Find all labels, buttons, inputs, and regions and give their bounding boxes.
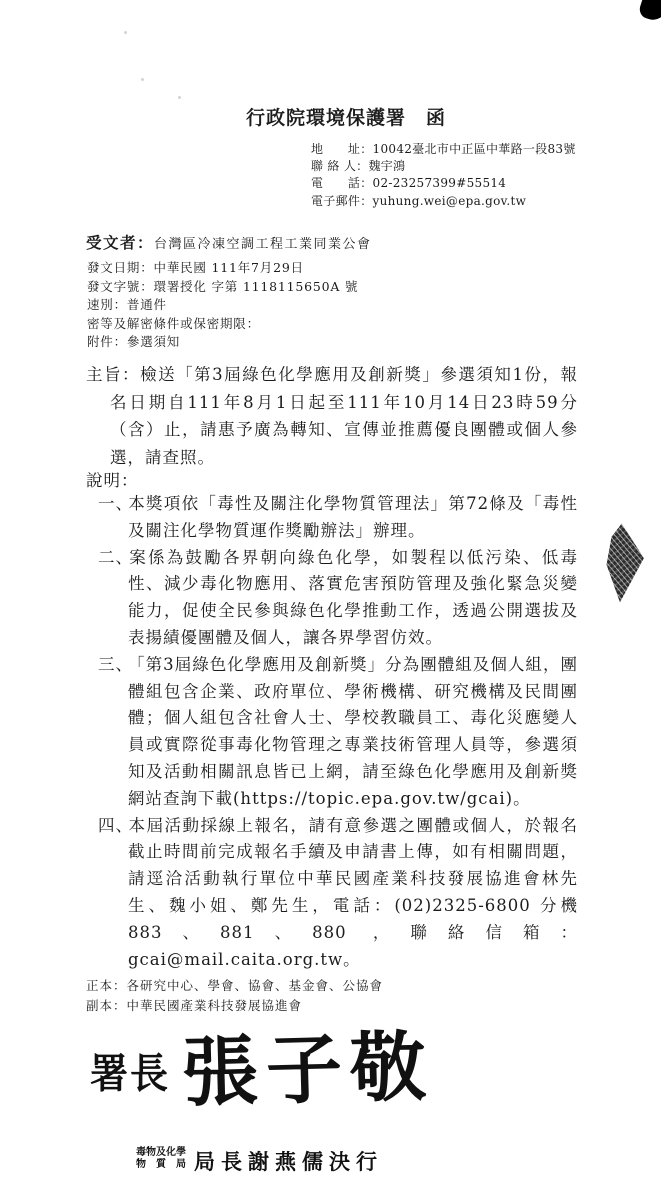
item-4-text: 本屆活動採線上報名，請有意參選之團體或個人，於報名截止時間前完成報名手續及申請書… <box>128 816 578 969</box>
description-items: 一、本獎項依「毒性及關注化學物質管理法」第72條及「毒性及關注化學物質運作獎勵辦… <box>98 491 578 973</box>
item-3-text: 「第3屆綠色化學應用及創新獎」分為團體組及個人組，團體組包含企業、政府單位、學術… <box>128 655 578 808</box>
description-item-2: 二、案係為鼓勵各界朝向綠色化學，如製程以低污染、低毒性、減少毒化物應用、落實危害… <box>98 545 578 652</box>
bureau-line-1: 毒物及化學 <box>136 1147 190 1159</box>
attachment-row: 附件：參選須知 <box>87 333 358 352</box>
official-seal-icon <box>604 522 646 604</box>
item-4-number: 四、 <box>98 813 128 840</box>
signature-block: 署長 張子敬 <box>90 1028 434 1112</box>
subject-label: 主旨： <box>86 365 140 384</box>
document-meta-block: 發文日期：中華民國 111年7月29日 發文字號：環署授化 字第 1118115… <box>87 259 358 352</box>
recipient-label: 受文者： <box>86 233 154 252</box>
sender-contact-label: 聯 絡 人： <box>311 159 368 173</box>
issue-date-label: 發文日期： <box>87 260 154 275</box>
decision-authority-line: 局長謝燕儒決行 <box>194 1146 383 1176</box>
item-2-number: 二、 <box>98 545 128 572</box>
reference-number-value: 環署授化 字第 1118115650A 號 <box>154 279 359 294</box>
sender-phone-row: 電 話：02-23257399#55514 <box>311 175 576 192</box>
reference-number-row: 發文字號：環署授化 字第 1118115650A 號 <box>87 278 358 297</box>
original-copy-value: 各研究中心、學會、協會、基金會、公協會 <box>127 978 384 993</box>
item-1-number: 一、 <box>98 491 128 518</box>
carbon-copy-label: 副本： <box>86 998 127 1013</box>
scan-speck <box>178 96 181 99</box>
letter-title: 行政院環境保護署 函 <box>16 103 661 130</box>
recipient-line: 受文者：台灣區冷凍空調工程工業同業公會 <box>86 231 372 253</box>
sender-contact-row: 聯 絡 人：魏宇鴻 <box>311 158 576 175</box>
carbon-copy-row: 副本：中華民國產業科技發展協進會 <box>86 996 383 1016</box>
description-item-3: 三、「第3屆綠色化學應用及創新獎」分為團體組及個人組，團體組包含企業、政府單位、… <box>98 652 578 813</box>
attachment-label: 附件： <box>87 334 127 349</box>
sender-contact-value: 魏宇鴻 <box>368 159 405 173</box>
sender-email-label: 電子郵件： <box>311 194 373 208</box>
priority-row: 速別：普通件 <box>87 296 358 315</box>
scan-speck <box>141 78 144 81</box>
distribution-block: 正本：各研究中心、學會、協會、基金會、公協會 副本：中華民國產業科技發展協進會 <box>86 976 383 1015</box>
issue-date-value: 中華民國 111年7月29日 <box>154 260 304 275</box>
sender-phone-value: 02-23257399#55514 <box>373 176 507 190</box>
priority-label: 速別： <box>87 297 127 312</box>
sender-address-row: 地 址：10042臺北市中正區中華路一段83號 <box>311 141 576 158</box>
original-copy-label: 正本： <box>86 978 127 993</box>
description-label: 說明： <box>86 467 139 491</box>
sender-contact-block: 地 址：10042臺北市中正區中華路一段83號 聯 絡 人：魏宇鴻 電 話：02… <box>311 141 576 210</box>
sender-email-row: 電子郵件：yuhung.wei@epa.gov.tw <box>311 193 576 210</box>
subject-paragraph: 主旨：檢送「第3屆綠色化學應用及創新獎」參選須知1份，報名日期自111年8月1日… <box>86 361 578 471</box>
carbon-copy-value: 中華民國產業科技發展協進會 <box>127 998 303 1013</box>
sender-address-label: 地 址： <box>311 142 373 156</box>
item-2-text: 案係為鼓勵各界朝向綠色化學，如製程以低污染、低毒性、減少毒化物應用、落實危害預防… <box>128 548 578 647</box>
description-item-4: 四、本屆活動採線上報名，請有意參選之團體或個人，於報名截止時間前完成報名手續及申… <box>98 813 578 974</box>
signer-name-calligraphy: 張子敬 <box>181 1025 435 1115</box>
reference-number-label: 發文字號： <box>87 279 154 294</box>
scanned-official-letter: 行政院環境保護署 函 地 址：10042臺北市中正區中華路一段83號 聯 絡 人… <box>0 0 661 1200</box>
attachment-value: 參選須知 <box>127 334 180 349</box>
classification-label: 密等及解密條件或保密期限： <box>87 316 260 331</box>
bureau-stamp-text: 毒物及化學 物 質 局 <box>136 1147 190 1171</box>
issue-date-row: 發文日期：中華民國 111年7月29日 <box>87 259 358 278</box>
bureau-line-2: 物 質 局 <box>136 1159 190 1171</box>
classification-row: 密等及解密條件或保密期限： <box>87 315 358 334</box>
recipient-value: 台灣區冷凍空調工程工業同業公會 <box>154 237 372 252</box>
priority-value: 普通件 <box>127 297 167 312</box>
item-3-number: 三、 <box>98 652 128 679</box>
scan-corner-mark <box>637 0 661 23</box>
sender-phone-label: 電 話： <box>311 176 373 190</box>
signer-title: 署長 <box>90 1040 170 1099</box>
item-1-text: 本獎項依「毒性及關注化學物質管理法」第72條及「毒性及關注化學物質運作獎勵辦法」… <box>128 494 578 540</box>
sender-email-value: yuhung.wei@epa.gov.tw <box>373 194 527 208</box>
original-copy-row: 正本：各研究中心、學會、協會、基金會、公協會 <box>86 976 383 996</box>
sender-address-value: 10042臺北市中正區中華路一段83號 <box>373 142 576 156</box>
scan-speck <box>124 31 127 34</box>
description-item-1: 一、本獎項依「毒性及關注化學物質管理法」第72條及「毒性及關注化學物質運作獎勵辦… <box>98 491 578 545</box>
subject-text: 檢送「第3屆綠色化學應用及創新獎」參選須知1份，報名日期自111年8月1日起至1… <box>110 365 578 467</box>
